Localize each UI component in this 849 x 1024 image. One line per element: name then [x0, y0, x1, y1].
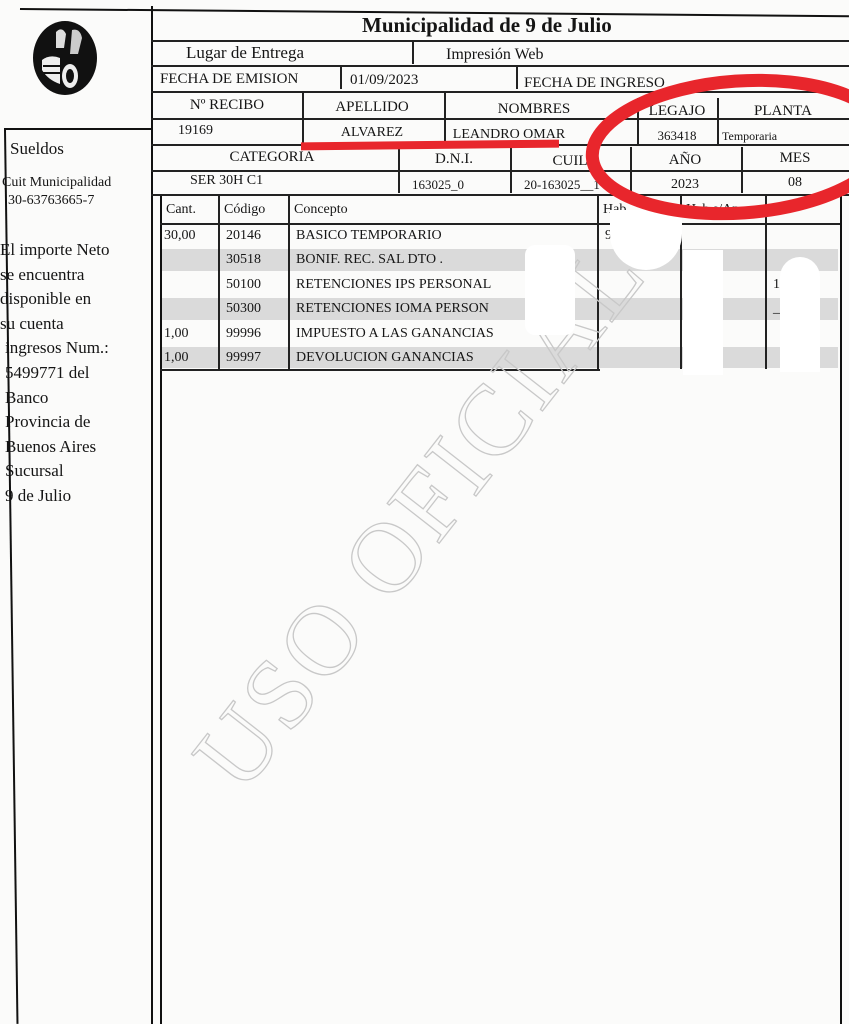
recibo-label: Nº RECIBO — [152, 96, 302, 114]
red-circle-annotation — [580, 72, 849, 222]
table-cell-concepto: BONIF. REC. SAL DTO . — [296, 251, 443, 269]
table-cell-codigo: 50300 — [226, 300, 261, 318]
sidebar-note-line: ingresos Num.: — [5, 336, 109, 361]
column-header: Cant. — [166, 201, 196, 219]
column-divider — [218, 195, 220, 369]
sidebar-note-line: 9 de Julio — [5, 484, 71, 509]
categoria-label: CATEGORIA — [152, 148, 392, 166]
sidebar-note-line: se encuentra — [0, 263, 84, 288]
table-cell-cant: 30,00 — [164, 227, 196, 245]
table-cell-concepto: RETENCIONES IPS PERSONAL — [296, 276, 491, 294]
fecha-emision-value: 01/09/2023 — [350, 71, 418, 89]
apellido-label: APELLIDO — [302, 98, 442, 116]
municipal-crest-icon — [30, 18, 100, 98]
red-underline-annotation — [301, 140, 559, 151]
table-cell-codigo: 50100 — [226, 276, 261, 294]
sidebar-top — [4, 128, 152, 130]
cuit-value: 30-63763665-7 — [8, 192, 94, 210]
sidebar-note-line: su cuenta — [0, 312, 64, 337]
table-cell-concepto: BASICO TEMPORARIO — [296, 227, 442, 245]
payslip-document: Municipalidad de 9 de Julio Lugar de Ent… — [0, 0, 849, 1024]
redaction — [525, 245, 575, 335]
dni-label: D.N.I. — [398, 150, 510, 168]
sidebar-note-line: Buenos Aires — [5, 435, 96, 460]
sidebar-note-line: Sucursal — [5, 459, 64, 484]
table-cell-concepto: RETENCIONES IOMA PERSON — [296, 300, 489, 318]
page-title: Municipalidad de 9 de Julio — [362, 16, 612, 34]
dni-value: 163025_0 — [412, 176, 464, 194]
column-header: Concepto — [294, 201, 348, 219]
column-divider — [288, 195, 290, 369]
impresion-label: Impresión Web — [446, 46, 544, 64]
content-right — [840, 195, 842, 1024]
header-divider — [160, 223, 840, 225]
categoria-value: SER 30H C1 — [190, 172, 263, 190]
sidebar-section: Sueldos — [10, 140, 64, 158]
table-cell-codigo: 99996 — [226, 325, 261, 343]
apellido-value: ALVAREZ — [302, 124, 442, 142]
table-cell-codigo: 30518 — [226, 251, 261, 269]
fecha-emision-label: FECHA DE EMISION — [160, 70, 298, 88]
sidebar-note-line: disponible en — [0, 287, 91, 312]
table-cell-codigo: 20146 — [226, 227, 261, 245]
sidebar-note-line: El importe Neto — [0, 238, 110, 263]
cuit-label: Cuit Municipalidad — [2, 174, 111, 192]
table-cell-concepto: IMPUESTO A LAS GANANCIAS — [296, 325, 494, 343]
column-header: Código — [224, 201, 265, 219]
table-cell-cant: 1,00 — [164, 349, 189, 367]
redaction — [683, 250, 723, 375]
sidebar-note-line: Provincia de — [5, 410, 90, 435]
sidebar-note-line: Banco — [5, 386, 48, 411]
table-cell-concepto: DEVOLUCION GANANCIAS — [296, 349, 474, 367]
sidebar-note-line: 5499771 del — [5, 361, 90, 386]
table-cell-cant: 1,00 — [164, 325, 189, 343]
recibo-value: 19169 — [178, 122, 213, 140]
redaction — [780, 257, 820, 372]
row-shade — [162, 249, 838, 270]
table-cell-codigo: 99997 — [226, 349, 261, 367]
lugar-entrega-label: Lugar de Entrega — [186, 44, 304, 62]
